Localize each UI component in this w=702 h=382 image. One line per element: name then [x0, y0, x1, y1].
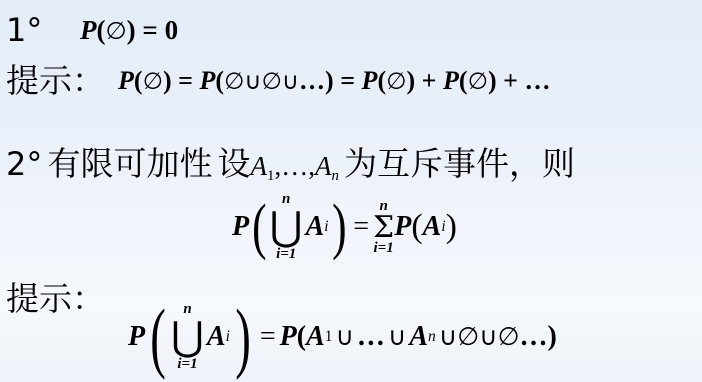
item2-formula: P ( n ⋃ i=1 Ai ) = n Σ i=1 P(Ai) [232, 192, 457, 262]
item2-events: A1,…,An [251, 151, 339, 181]
item2-tail: 为互斥事件，则 [344, 144, 575, 183]
item2-hint-formula: P ( n ⋃ i=1 Ai ) = P(A1 ∪…∪ An ∪∅∪∅…) [128, 298, 557, 376]
item2-hint-label: 提示： [6, 282, 105, 315]
item1-hint-formula: P(∅) = P(∅∪∅∪…) = P(∅) + P(∅) + … [118, 68, 550, 94]
item1-hint-label: 提示： [6, 64, 105, 97]
item1-formula: P(∅) = 0 [80, 17, 178, 44]
item2-lead: 设 [218, 144, 251, 183]
item2-title: 有限可加性 [47, 144, 212, 183]
item2-heading: 2° 有限可加性 设A1,…,An 为互斥事件，则 [6, 147, 575, 184]
item1-number: 1° [6, 11, 42, 49]
item1-line: 1° [6, 14, 42, 46]
item2-number: 2° [6, 145, 42, 183]
